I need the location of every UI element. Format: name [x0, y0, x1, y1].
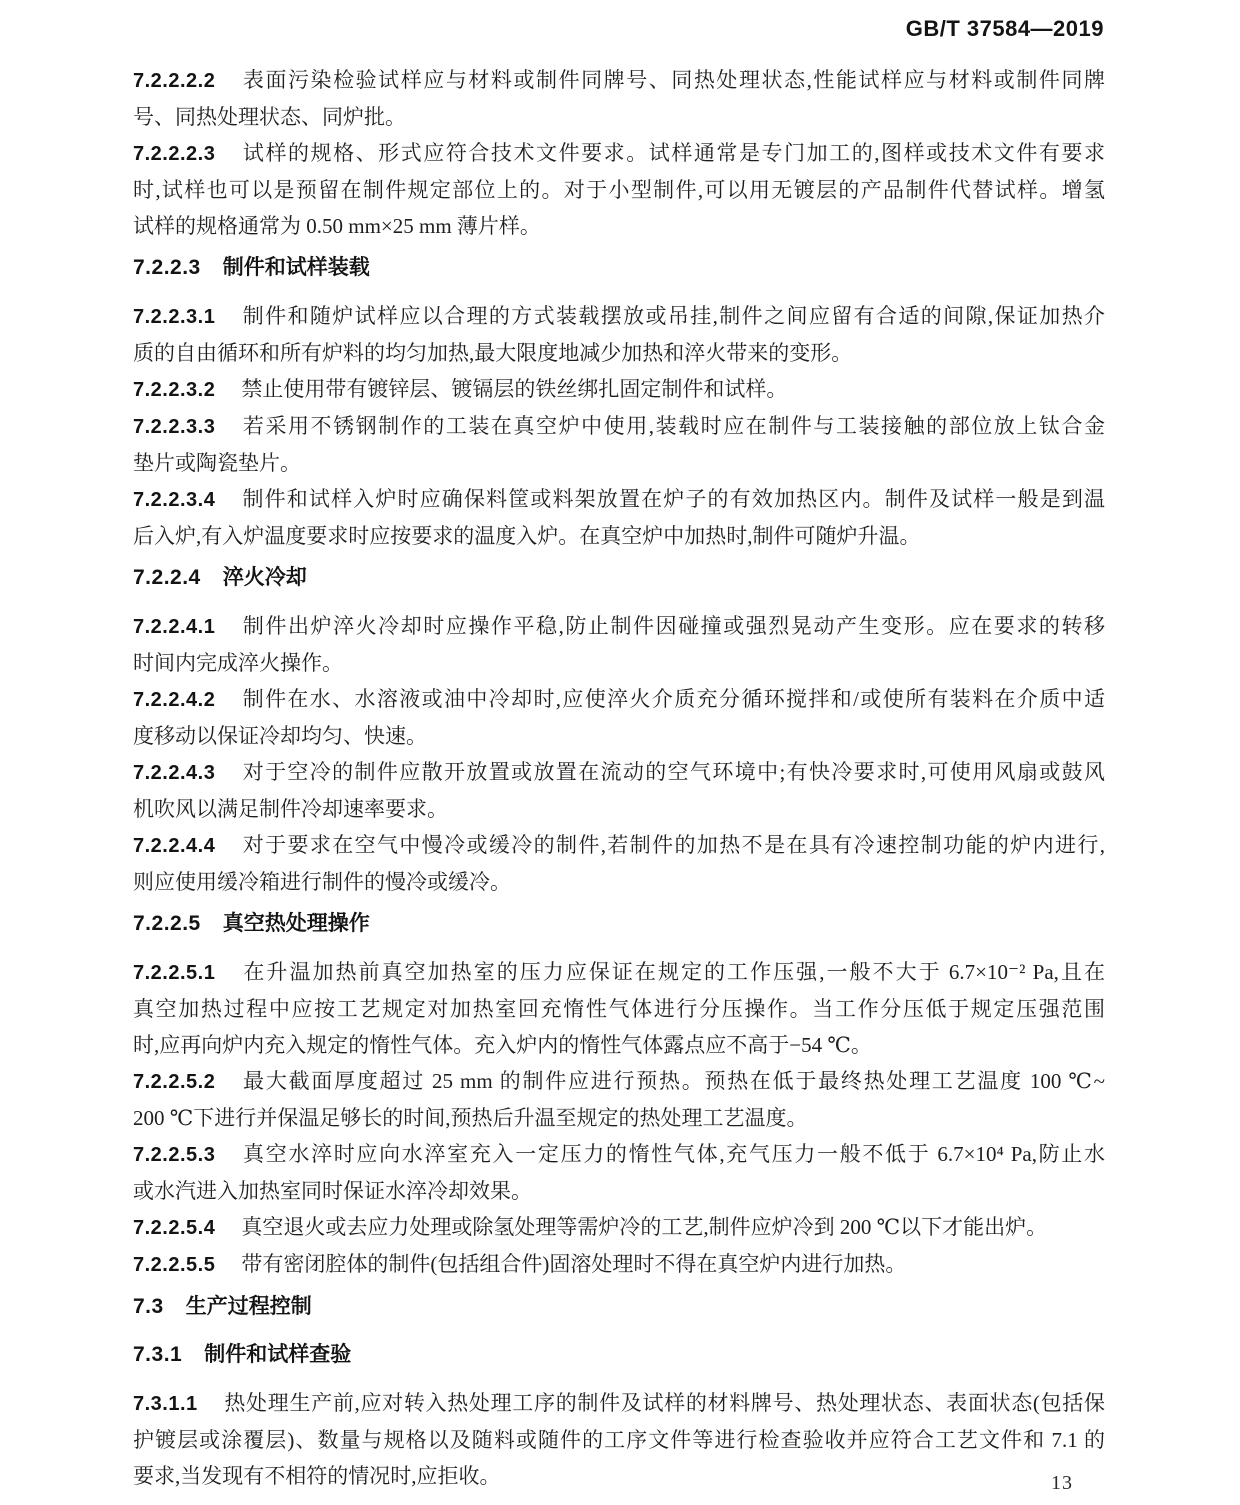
clause-line: 7.2.2.5.3真空水淬时应向水淬室充入一定压力的惰性气体,充气压力一般不低于… [133, 1136, 1105, 1173]
clause-text: 制件出炉淬火冷却时应操作平稳,防止制件因碰撞或强烈晃动产生变形。应在要求的转移 [241, 614, 1105, 638]
clause-number: 7.2.2.2.3 [133, 143, 215, 165]
clause-line: 或水汽进入加热室同时保证水淬冷却效果。 [133, 1173, 1105, 1209]
clause-line: 垫片或陶瓷垫片。 [133, 445, 1105, 481]
clause-line: 7.2.2.4.2制件在水、水溶液或油中冷却时,应使淬火介质充分循环搅拌和/或使… [133, 681, 1105, 718]
clause-number: 7.2.2.5.4 [133, 1217, 215, 1239]
clause-text: 制件在水、水溶液或油中冷却时,应使淬火介质充分循环搅拌和/或使所有装料在介质中适 [241, 687, 1105, 711]
clause-number: 7.2.2.3.2 [133, 379, 215, 401]
clause-7-2-2-5-1: 7.2.2.5.1在升温加热前真空加热室的压力应保证在规定的工作压强,一般不大于… [133, 954, 1105, 1063]
clause-line: 7.2.2.5.4真空退火或去应力处理或除氢处理等需炉冷的工艺,制件应炉冷到 2… [133, 1209, 1105, 1246]
clause-number: 7.2.2.5.3 [133, 1144, 215, 1166]
clause-text: 真空退火或去应力处理或除氢处理等需炉冷的工艺,制件应炉冷到 200 ℃以下才能出… [241, 1215, 1047, 1239]
clause-line: 7.2.2.3.2禁止使用带有镀锌层、镀镉层的铁丝绑扎固定制件和试样。 [133, 371, 1105, 408]
clause-number: 7.2.2.3.3 [133, 416, 215, 438]
clause-line: 时,应再向炉内充入规定的惰性气体。充入炉内的惰性气体露点应不高于−54 ℃。 [133, 1027, 1105, 1063]
clause-line: 度移动以保证冷却均匀、快速。 [133, 718, 1105, 754]
clause-line: 时间内完成淬火操作。 [133, 645, 1105, 681]
clause-number: 7.2.2.5.5 [133, 1254, 215, 1276]
clause-7-2-2-3-4: 7.2.2.3.4制件和试样入炉时应确保料筐或料架放置在炉子的有效加热区内。制件… [133, 481, 1105, 554]
clause-number: 7.2.2.4.4 [133, 835, 215, 857]
section-title: 生产过程控制 [186, 1295, 312, 1318]
section-heading-7-2-2-4: 7.2.2.4淬火冷却 [133, 560, 1105, 596]
clause-line: 7.3.1.1热处理生产前,应对转入热处理工序的制件及试样的材料牌号、热处理状态… [133, 1385, 1105, 1422]
clause-number: 7.2.2.2.2 [133, 70, 215, 92]
clause-line: 7.2.2.2.3试样的规格、形式应符合技术文件要求。试样通常是专门加工的,图样… [133, 135, 1105, 172]
clause-line: 则应使用缓冷箱进行制件的慢冷或缓冷。 [133, 864, 1105, 900]
clause-line: 7.2.2.4.4对于要求在空气中慢冷或缓冷的制件,若制件的加热不是在具有冷速控… [133, 827, 1105, 864]
clause-line: 要求,当发现有不相符的情况时,应拒收。 [133, 1458, 1105, 1494]
section-title: 真空热处理操作 [223, 912, 370, 935]
clause-text: 最大截面厚度超过 25 mm 的制件应进行预热。预热在低于最终热处理工艺温度 1… [241, 1069, 1105, 1093]
clause-7-2-2-4-4: 7.2.2.4.4对于要求在空气中慢冷或缓冷的制件,若制件的加热不是在具有冷速控… [133, 827, 1105, 900]
clause-line: 7.2.2.5.1在升温加热前真空加热室的压力应保证在规定的工作压强,一般不大于… [133, 954, 1105, 991]
clause-text: 对于要求在空气中慢冷或缓冷的制件,若制件的加热不是在具有冷速控制功能的炉内进行, [241, 833, 1105, 857]
clause-line: 真空加热过程中应按工艺规定对加热室回充惰性气体进行分压操作。当工作分压低于规定压… [133, 991, 1105, 1027]
clause-number: 7.2.2.5.2 [133, 1071, 215, 1093]
clause-number: 7.2.2.4.2 [133, 689, 215, 711]
section-heading-7-2-2-3: 7.2.2.3制件和试样装载 [133, 250, 1105, 286]
clause-7-2-2-3-2: 7.2.2.3.2禁止使用带有镀锌层、镀镉层的铁丝绑扎固定制件和试样。 [133, 371, 1105, 408]
clause-number: 7.2.2.3.4 [133, 489, 215, 511]
clause-line: 7.2.2.3.3若采用不锈钢制作的工装在真空炉中使用,装载时应在制件与工装接触… [133, 408, 1105, 445]
section-heading-7-2-2-5: 7.2.2.5真空热处理操作 [133, 906, 1105, 942]
section-number: 7.2.2.3 [133, 256, 201, 279]
clause-7-2-2-4-1: 7.2.2.4.1制件出炉淬火冷却时应操作平稳,防止制件因碰撞或强烈晃动产生变形… [133, 608, 1105, 681]
clause-text: 在升温加热前真空加热室的压力应保证在规定的工作压强,一般不大于 6.7×10⁻²… [241, 960, 1105, 984]
clause-line: 7.2.2.4.1制件出炉淬火冷却时应操作平稳,防止制件因碰撞或强烈晃动产生变形… [133, 608, 1105, 645]
clause-line: 后入炉,有入炉温度要求时应按要求的温度入炉。在真空炉中加热时,制件可随炉升温。 [133, 518, 1105, 554]
page-number: 13 [1051, 1472, 1073, 1495]
clause-7-2-2-4-3: 7.2.2.4.3对于空冷的制件应散开放置或放置在流动的空气环境中;有快冷要求时… [133, 754, 1105, 827]
clause-7-2-2-2-3: 7.2.2.2.3试样的规格、形式应符合技术文件要求。试样通常是专门加工的,图样… [133, 135, 1105, 244]
clause-text: 热处理生产前,应对转入热处理工序的制件及试样的材料牌号、热处理状态、表面状态(包… [224, 1391, 1105, 1415]
clause-7-2-2-3-3: 7.2.2.3.3若采用不锈钢制作的工装在真空炉中使用,装载时应在制件与工装接触… [133, 408, 1105, 481]
clause-7-2-2-5-2: 7.2.2.5.2最大截面厚度超过 25 mm 的制件应进行预热。预热在低于最终… [133, 1063, 1105, 1136]
clause-7-2-2-5-4: 7.2.2.5.4真空退火或去应力处理或除氢处理等需炉冷的工艺,制件应炉冷到 2… [133, 1209, 1105, 1246]
document-body: 7.2.2.2.2表面污染检验试样应与材料或制件同牌号、同热处理状态,性能试样应… [133, 62, 1105, 1494]
clause-text: 试样的规格、形式应符合技术文件要求。试样通常是专门加工的,图样或技术文件有要求 [241, 141, 1105, 165]
clause-text: 若采用不锈钢制作的工装在真空炉中使用,装载时应在制件与工装接触的部位放上钛合金 [241, 414, 1105, 438]
standard-number-header: GB/T 37584—2019 [906, 16, 1104, 42]
clause-line: 7.2.2.5.5带有密闭腔体的制件(包括组合件)固溶处理时不得在真空炉内进行加… [133, 1246, 1105, 1283]
clause-line: 护镀层或涂覆层)、数量与规格以及随料或随件的工序文件等进行检查验收并应符合工艺文… [133, 1422, 1105, 1458]
section-number: 7.2.2.4 [133, 566, 201, 589]
section-number: 7.2.2.5 [133, 912, 201, 935]
section-number: 7.3.1 [133, 1343, 182, 1366]
clause-line: 200 ℃下进行并保温足够长的时间,预热后升温至规定的热处理工艺温度。 [133, 1100, 1105, 1136]
clause-line: 号、同热处理状态、同炉批。 [133, 99, 1105, 135]
clause-line: 机吹风以满足制件冷却速率要求。 [133, 791, 1105, 827]
clause-line: 7.2.2.3.1制件和随炉试样应以合理的方式装载摆放或吊挂,制件之间应留有合适… [133, 298, 1105, 335]
clause-line: 7.2.2.2.2表面污染检验试样应与材料或制件同牌号、同热处理状态,性能试样应… [133, 62, 1105, 99]
section-heading-7-3: 7.3生产过程控制 [133, 1289, 1105, 1325]
clause-number: 7.3.1.1 [133, 1393, 198, 1415]
clause-number: 7.2.2.4.3 [133, 762, 215, 784]
clause-7-3-1-1: 7.3.1.1热处理生产前,应对转入热处理工序的制件及试样的材料牌号、热处理状态… [133, 1385, 1105, 1494]
clause-line: 时,试样也可以是预留在制件规定部位上的。对于小型制件,可以用无镀层的产品制件代替… [133, 172, 1105, 208]
clause-text: 制件和随炉试样应以合理的方式装载摆放或吊挂,制件之间应留有合适的间隙,保证加热介 [241, 304, 1105, 328]
section-title: 制件和试样查验 [204, 1343, 351, 1366]
section-heading-7-3-1: 7.3.1制件和试样查验 [133, 1337, 1105, 1373]
clause-line: 7.2.2.4.3对于空冷的制件应散开放置或放置在流动的空气环境中;有快冷要求时… [133, 754, 1105, 791]
clause-text: 表面污染检验试样应与材料或制件同牌号、同热处理状态,性能试样应与材料或制件同牌 [241, 68, 1105, 92]
clause-number: 7.2.2.4.1 [133, 616, 215, 638]
section-title: 制件和试样装载 [223, 256, 370, 279]
clause-line: 质的自由循环和所有炉料的均匀加热,最大限度地减少加热和淬火带来的变形。 [133, 335, 1105, 371]
clause-text: 制件和试样入炉时应确保料筐或料架放置在炉子的有效加热区内。制件及试样一般是到温 [241, 487, 1105, 511]
clause-number: 7.2.2.3.1 [133, 306, 215, 328]
clause-7-2-2-5-3: 7.2.2.5.3真空水淬时应向水淬室充入一定压力的惰性气体,充气压力一般不低于… [133, 1136, 1105, 1209]
clause-text: 禁止使用带有镀锌层、镀镉层的铁丝绑扎固定制件和试样。 [241, 377, 787, 401]
clause-text: 对于空冷的制件应散开放置或放置在流动的空气环境中;有快冷要求时,可使用风扇或鼓风 [241, 760, 1105, 784]
clause-line: 试样的规格通常为 0.50 mm×25 mm 薄片样。 [133, 208, 1105, 244]
clause-line: 7.2.2.5.2最大截面厚度超过 25 mm 的制件应进行预热。预热在低于最终… [133, 1063, 1105, 1100]
clause-line: 7.2.2.3.4制件和试样入炉时应确保料筐或料架放置在炉子的有效加热区内。制件… [133, 481, 1105, 518]
clause-text: 真空水淬时应向水淬室充入一定压力的惰性气体,充气压力一般不低于 6.7×10⁴ … [241, 1142, 1105, 1166]
document-page: GB/T 37584—2019 7.2.2.2.2表面污染检验试样应与材料或制件… [0, 0, 1240, 1505]
clause-7-2-2-4-2: 7.2.2.4.2制件在水、水溶液或油中冷却时,应使淬火介质充分循环搅拌和/或使… [133, 681, 1105, 754]
clause-text: 带有密闭腔体的制件(包括组合件)固溶处理时不得在真空炉内进行加热。 [241, 1252, 906, 1276]
clause-7-2-2-5-5: 7.2.2.5.5带有密闭腔体的制件(包括组合件)固溶处理时不得在真空炉内进行加… [133, 1246, 1105, 1283]
clause-number: 7.2.2.5.1 [133, 962, 215, 984]
section-number: 7.3 [133, 1295, 164, 1318]
clause-7-2-2-2-2: 7.2.2.2.2表面污染检验试样应与材料或制件同牌号、同热处理状态,性能试样应… [133, 62, 1105, 135]
clause-7-2-2-3-1: 7.2.2.3.1制件和随炉试样应以合理的方式装载摆放或吊挂,制件之间应留有合适… [133, 298, 1105, 371]
section-title: 淬火冷却 [223, 566, 307, 589]
